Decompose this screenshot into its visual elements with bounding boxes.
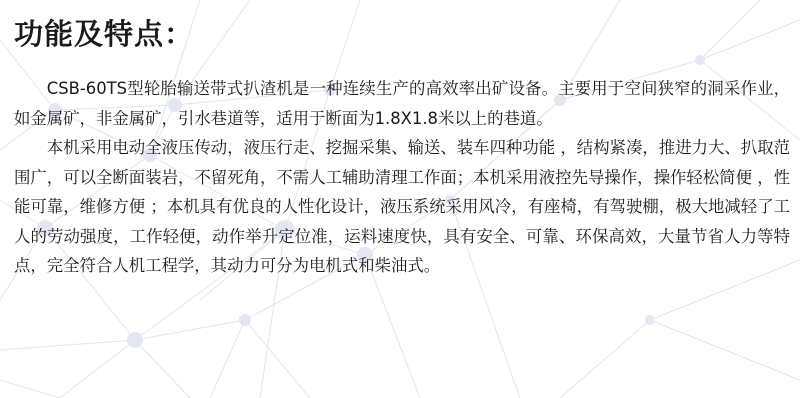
page: 功能及特点： CSB-60TS型轮胎输送带式扒渣机是一种连续生产的高效率出矿设备…: [0, 0, 800, 398]
feature-description: CSB-60TS型轮胎输送带式扒渣机是一种连续生产的高效率出矿设备。主要用于空间…: [14, 74, 790, 281]
paragraph-intro: CSB-60TS型轮胎输送带式扒渣机是一种连续生产的高效率出矿设备。主要用于空间…: [14, 74, 790, 133]
section-title: 功能及特点：: [14, 14, 194, 54]
paragraph-features: 本机采用电动全液压传动，液压行走、挖掘采集、输送、装车四种功能 ，结构紧凑，推进…: [14, 133, 790, 281]
